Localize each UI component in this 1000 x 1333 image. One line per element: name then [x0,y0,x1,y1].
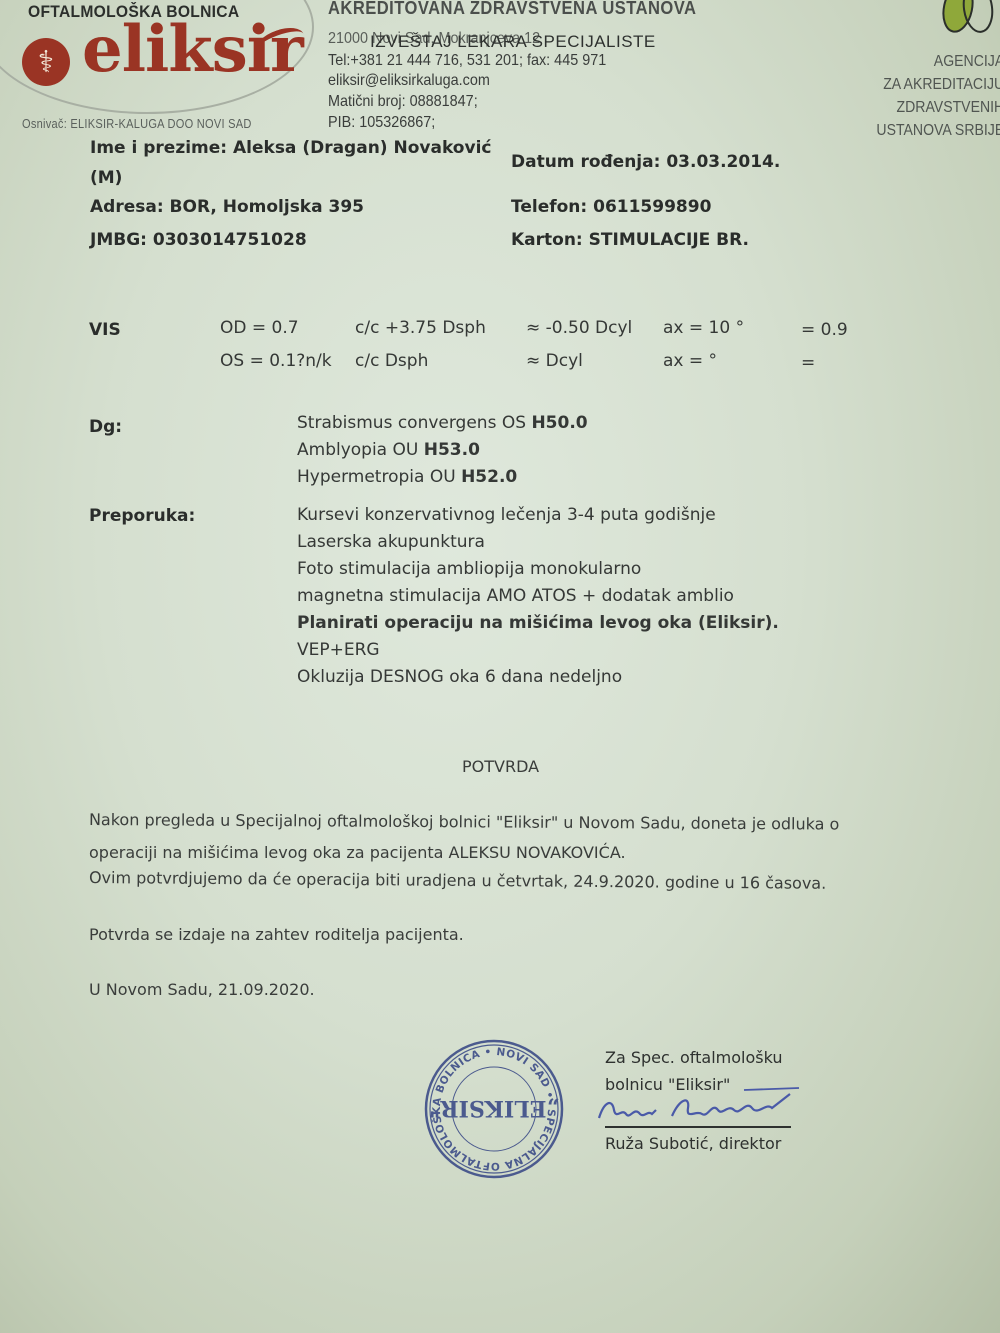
od-axis: ax = 10 ° [663,318,744,338]
recommendation-list: Kursevi konzervativnog lečenja 3-4 puta … [297,502,779,691]
confirmation-purpose: Potvrda se izdaje na zahtev roditelja pa… [89,925,464,944]
od-corrected: = 0.9 [801,320,848,340]
hospital-email: eliksir@eliksirkaluga.com [328,72,490,90]
os-acuity: OS = 0.1?n/k [220,351,332,371]
diagnosis-label: Dg: [89,417,122,437]
place-date: U Novom Sadu, 21.09.2020. [89,980,315,999]
registration-number: Matični broj: 08881847; [328,93,478,111]
confirmation-title: POTVRDA [462,757,539,776]
patient-jmbg: JMBG: 0303014751028 [90,230,307,250]
handwritten-signature [594,1080,804,1130]
hospital-phone: Tel:+381 21 444 716, 531 201; fax: 445 9… [328,52,606,70]
recommendation-item: Foto stimulacija ambliopija monokularno [297,556,779,583]
patient-name: Ime i prezime: Aleksa (Dragan) Novaković [90,138,491,158]
diagnosis-item: Strabismus convergens OS H50.0 [297,410,588,437]
os-axis: ax = ° [663,351,717,371]
tax-id: PIB: 105326867; [328,114,435,132]
patient-phone: Telefon: 0611599890 [511,197,711,217]
patient-sex: (M) [90,168,122,188]
agency-name: AGENCIJA ZA AKREDITACIJU ZDRAVSTVENIH US… [876,50,1000,142]
recommendation-item: VEP+ERG [297,637,779,664]
patient-chart: Karton: STIMULACIJE BR. [511,230,749,250]
recommendation-item-surgery: Planirati operaciju na mišićima levog ok… [297,610,779,637]
os-corrected: = [801,353,815,373]
svg-text:„ELIKSIR": „ELIKSIR" [429,1095,559,1121]
recommendation-item: Kursevi konzervativnog lečenja 3-4 puta … [297,502,779,529]
os-sphere: c/c Dsph [355,351,428,371]
diagnosis-item: Hypermetropia OU H52.0 [297,464,588,491]
vision-label: VIS [89,320,121,340]
recommendation-item: Okluzija DESNOG oka 6 dana nedeljno [297,664,779,691]
diagnosis-list: Strabismus convergens OS H50.0 Amblyopia… [297,410,588,491]
accreditation-text: AKREDITOVANA ZDRAVSTVENA USTANOVA [328,0,696,19]
patient-address: Adresa: BOR, Homoljska 395 [90,197,364,217]
os-cylinder: ≈ Dcyl [526,351,583,371]
od-acuity: OD = 0.7 [220,318,299,338]
report-title: IZVEŠTAJ LEKARA SPECIJALISTE [370,32,656,52]
recommendation-label: Preporuka: [89,506,195,526]
od-cylinder: ≈ -0.50 Dcyl [526,318,632,338]
recommendation-item: magnetna stimulacija AMO ATOS + dodatak … [297,583,779,610]
founder-text: Osnivač: ELIKSIR-KALUGA DOO NOVI SAD [22,116,252,131]
confirmation-line-3: Ovim potvrdjujemo da će operacija biti u… [89,868,826,893]
signatory-name: Ruža Subotić, direktor [605,1134,781,1153]
diagnosis-item: Amblyopia OU H53.0 [297,437,588,464]
confirmation-line-1: Nakon pregleda u Specijalnoj oftalmološk… [89,810,839,834]
signature-institution-line-1: Za Spec. oftalmološku [605,1048,783,1067]
hospital-stamp: SPECIJALNA OFTALMOLOŠKA BOLNICA • NOVI S… [423,1038,565,1180]
recommendation-item: Laserska akupunktura [297,529,779,556]
caduceus-icon: ⚕ [22,38,70,86]
agency-leaf-icon [928,0,998,34]
od-sphere: c/c +3.75 Dsph [355,318,486,338]
signature-line [605,1126,791,1128]
confirmation-line-2: operaciji na mišićima levog oka za pacij… [89,843,626,862]
patient-birth-date: Datum rođenja: 03.03.2014. [511,152,780,172]
